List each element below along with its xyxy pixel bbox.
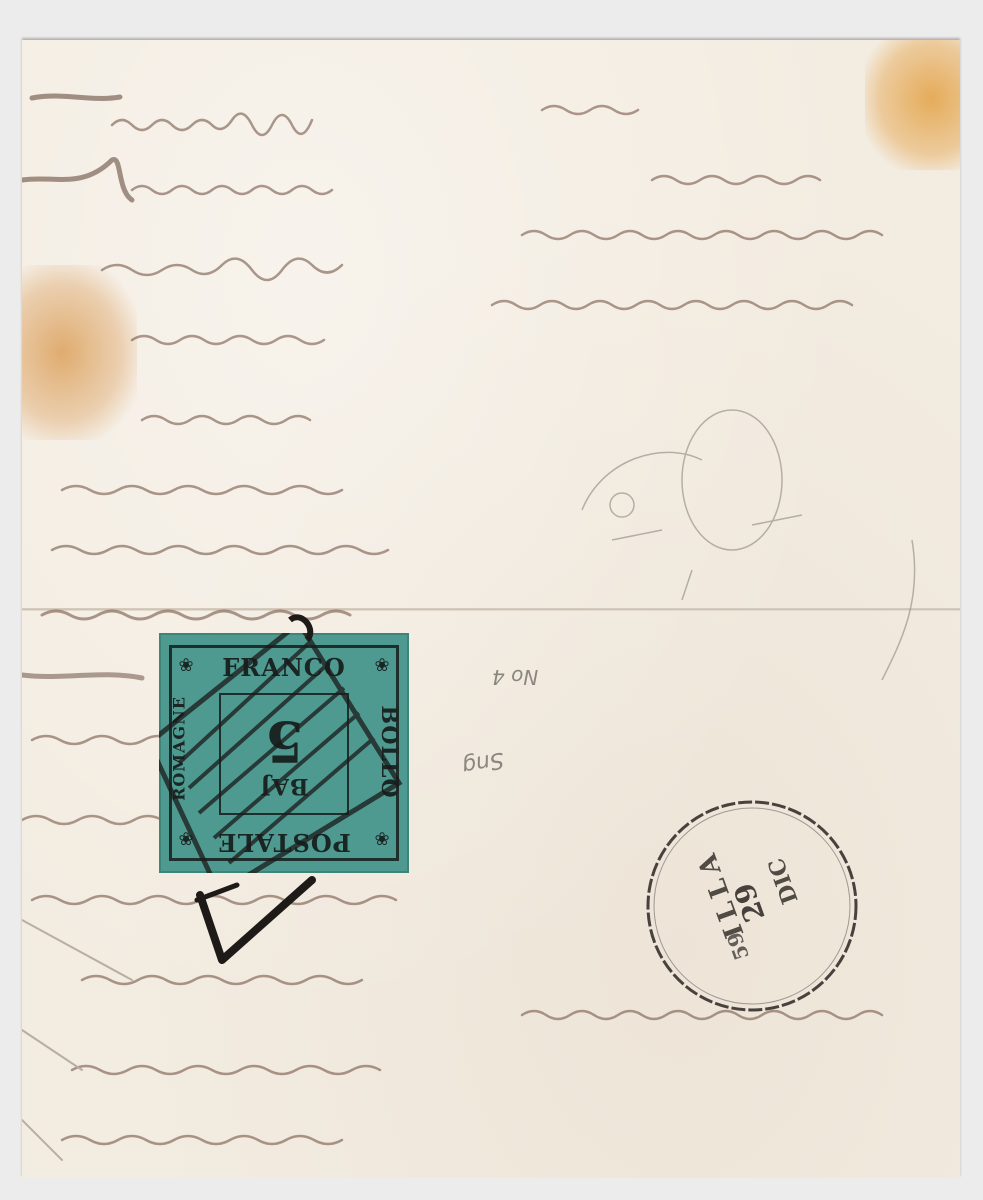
- letter-sheet: No 4 Sng ❀ ❀ ❀ ❀ FRANCO BOLLO POSTALE RO…: [22, 40, 960, 1178]
- circular-date-postmark: ILLA 29 DIC 59: [634, 798, 870, 1014]
